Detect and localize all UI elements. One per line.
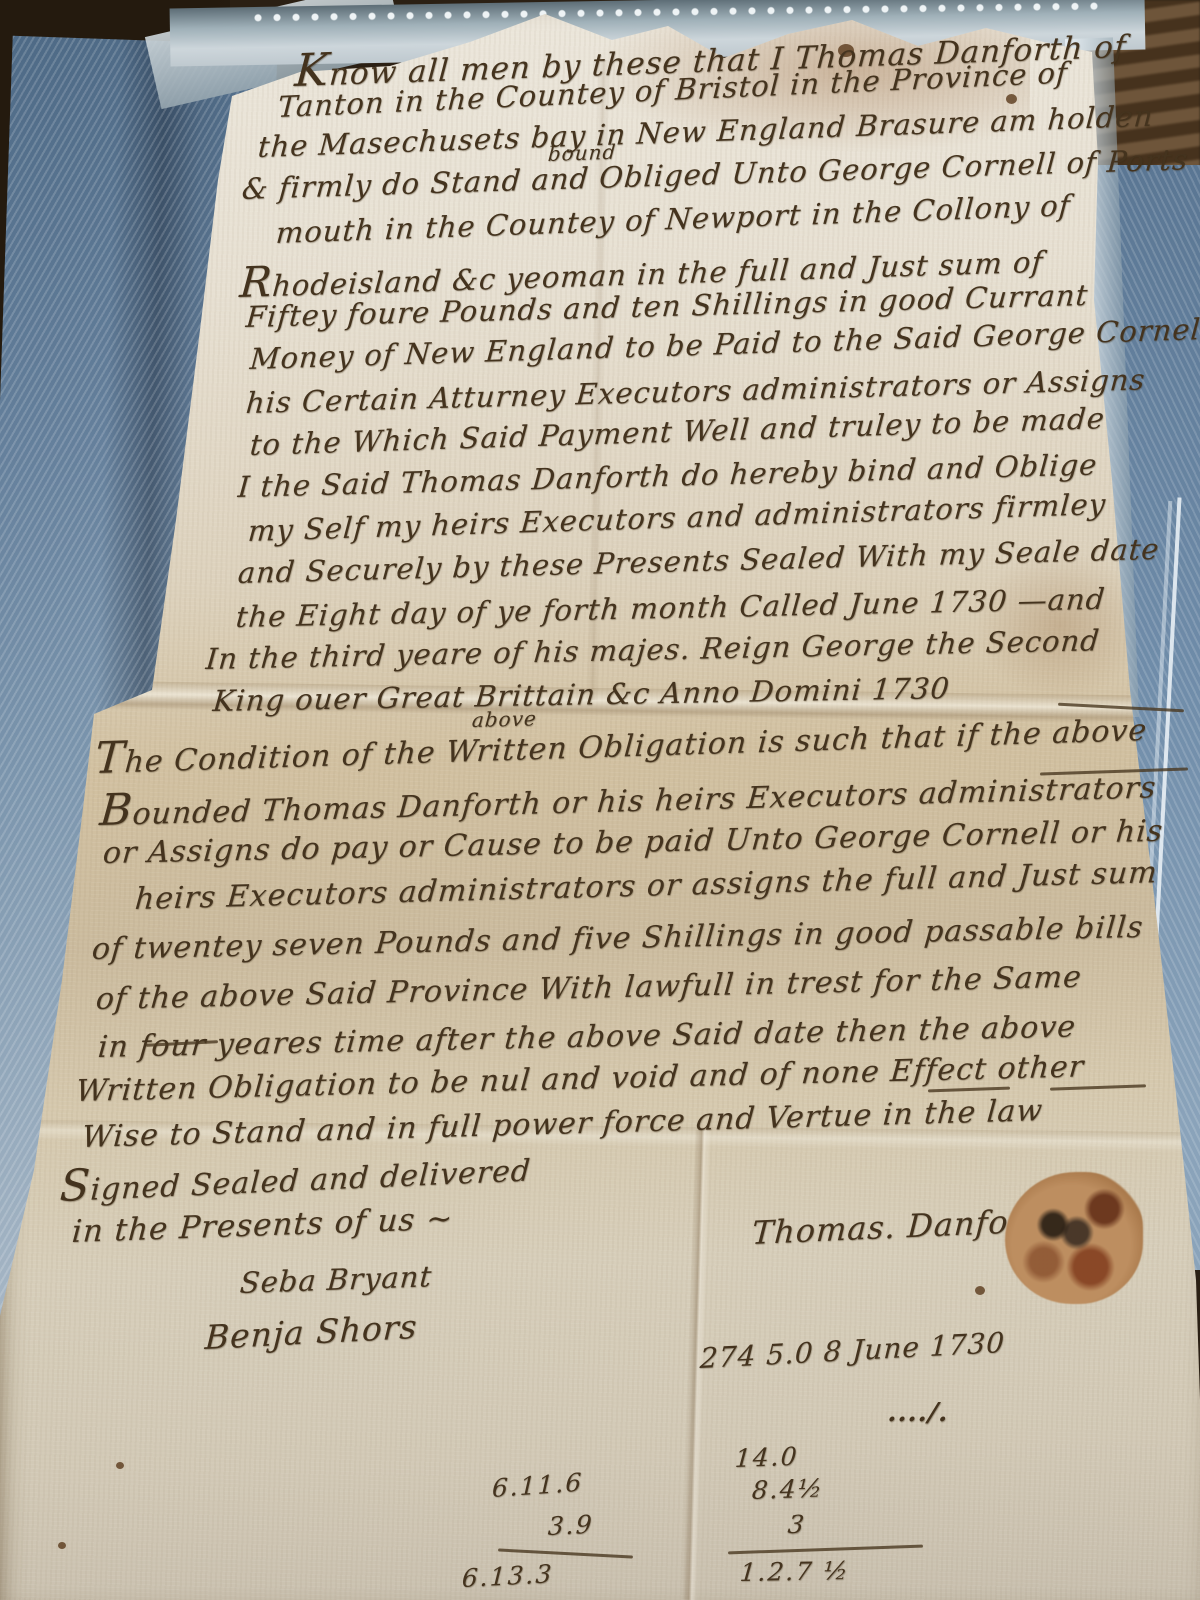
photo-of-1730-bond-document: Know all men by these that I Thomas Danf…: [0, 0, 1200, 1600]
arith-right-4: 1.2.7 ½: [739, 1556, 851, 1587]
arith-right-3: 3: [786, 1510, 807, 1539]
tally-mark: ..../.: [886, 1398, 950, 1428]
arith-left-2: 3.9: [547, 1510, 594, 1542]
ink-speck: [116, 1462, 124, 1469]
interlined-word-bound: bound: [547, 140, 617, 166]
witness-signature-1: Seba Bryant: [239, 1259, 434, 1300]
wax-seal: [1005, 1172, 1143, 1304]
arith-right-2: 8.4½: [751, 1473, 825, 1505]
arith-right-1: 14.0: [734, 1442, 800, 1473]
ink-speck: [975, 1286, 985, 1295]
ink-speck: [1006, 94, 1017, 104]
arith-left-3: 6.13.3: [461, 1559, 554, 1593]
interlined-word-above: above: [471, 706, 538, 732]
ink-speck: [58, 1542, 66, 1549]
